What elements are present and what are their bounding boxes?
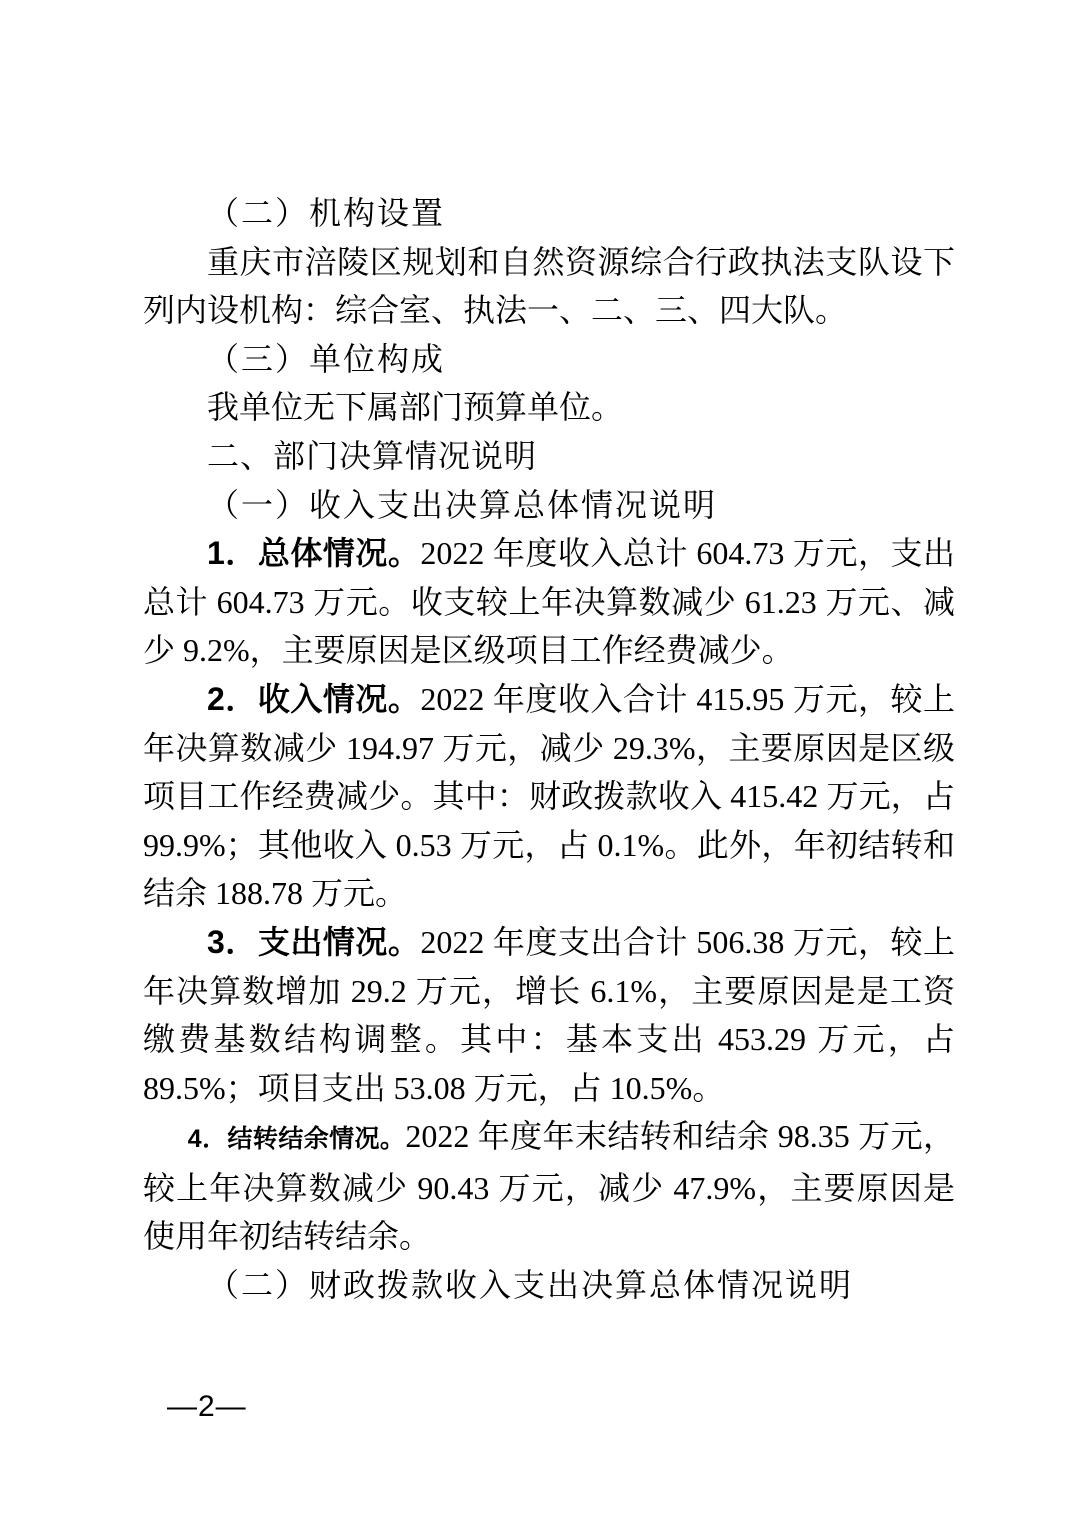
paragraph-carryover-situation: 4．结转结余情况。2022 年度年末结转和结余 98.35 万元，较上年决算数减…	[143, 1112, 955, 1261]
heading-unit-composition: （三）单位构成	[143, 335, 955, 384]
paragraph-expenditure-situation: 3．支出情况。2022 年度支出合计 506.38 万元，较上年决算数增加 29…	[143, 918, 955, 1112]
document-body: （二）机构设置 重庆市涪陵区规划和自然资源综合行政执法支队设下列内设机构：综合室…	[143, 189, 955, 1310]
heading-final-accounts: 二、部门决算情况说明	[143, 432, 955, 481]
item-label-income: 2．收入情况。	[207, 681, 420, 717]
item-label-expenditure: 3．支出情况。	[207, 924, 420, 960]
item-label-overall: 1．总体情况。	[207, 535, 420, 571]
paragraph-income-situation: 2．收入情况。2022 年度收入合计 415.95 万元，较上年决算数减少 19…	[143, 675, 955, 918]
paragraph-overall-situation: 1．总体情况。2022 年度收入总计 604.73 万元，支出总计 604.73…	[143, 529, 955, 675]
heading-fiscal-appropriation-overview: （二）财政拨款收入支出决算总体情况说明	[143, 1261, 955, 1310]
paragraph-org-structure: 重庆市涪陵区规划和自然资源综合行政执法支队设下列内设机构：综合室、执法一、二、三…	[143, 238, 955, 335]
heading-org-structure: （二）机构设置	[143, 189, 955, 238]
paragraph-unit-composition: 我单位无下属部门预算单位。	[143, 383, 955, 432]
heading-income-expenditure-overview: （一）收入支出决算总体情况说明	[143, 481, 955, 530]
page-number: —2—	[167, 1390, 247, 1424]
item-label-carryover: 4．结转结余情况。	[188, 1125, 406, 1153]
document-page: （二）机构设置 重庆市涪陵区规划和自然资源综合行政执法支队设下列内设机构：综合室…	[0, 0, 1074, 1520]
